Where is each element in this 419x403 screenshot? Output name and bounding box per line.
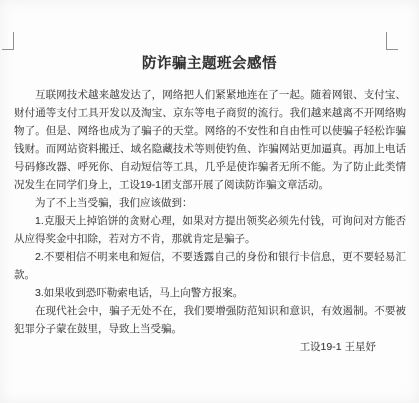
page-corner-mark-left: [2, 32, 14, 50]
document-title: 防诈骗主题班会感悟: [0, 54, 419, 74]
document-page: 防诈骗主题班会感悟 互联网技术越来越发达了，网络把人们紧紧地连在了一起。随着网银…: [0, 0, 419, 403]
paragraph-intro: 互联网技术越来越发达了，网络把人们紧紧地连在了一起。随着网银、支付宝、财付通等支…: [14, 86, 406, 194]
document-body: 互联网技术越来越发达了，网络把人们紧紧地连在了一起。随着网银、支付宝、财付通等支…: [14, 86, 406, 356]
page-corner-mark-right: [386, 32, 398, 50]
paragraph-conclusion: 在现代社会中，骗子无处不在，我们要增强防范知识和意识，有效遏制。不要被犯罪分子蒙…: [14, 302, 406, 338]
paragraph-rule-1: 1.克服天上掉馅饼的贪财心理，如果对方提出领奖必须先付钱，可询问对方能否从应得奖…: [14, 212, 406, 248]
paragraph-rule-3: 3.如果收到恐吓勒索电话，马上向警方报案。: [14, 284, 406, 302]
signature: 工设19-1 王星妤: [14, 338, 406, 356]
paragraph-rule-2: 2.不要相信不明来电和短信，不要透露自己的身份和银行卡信息，更不要轻易汇款。: [14, 248, 406, 284]
paragraph-lead-in: 为了不上当受骗，我们应该做到：: [14, 194, 406, 212]
